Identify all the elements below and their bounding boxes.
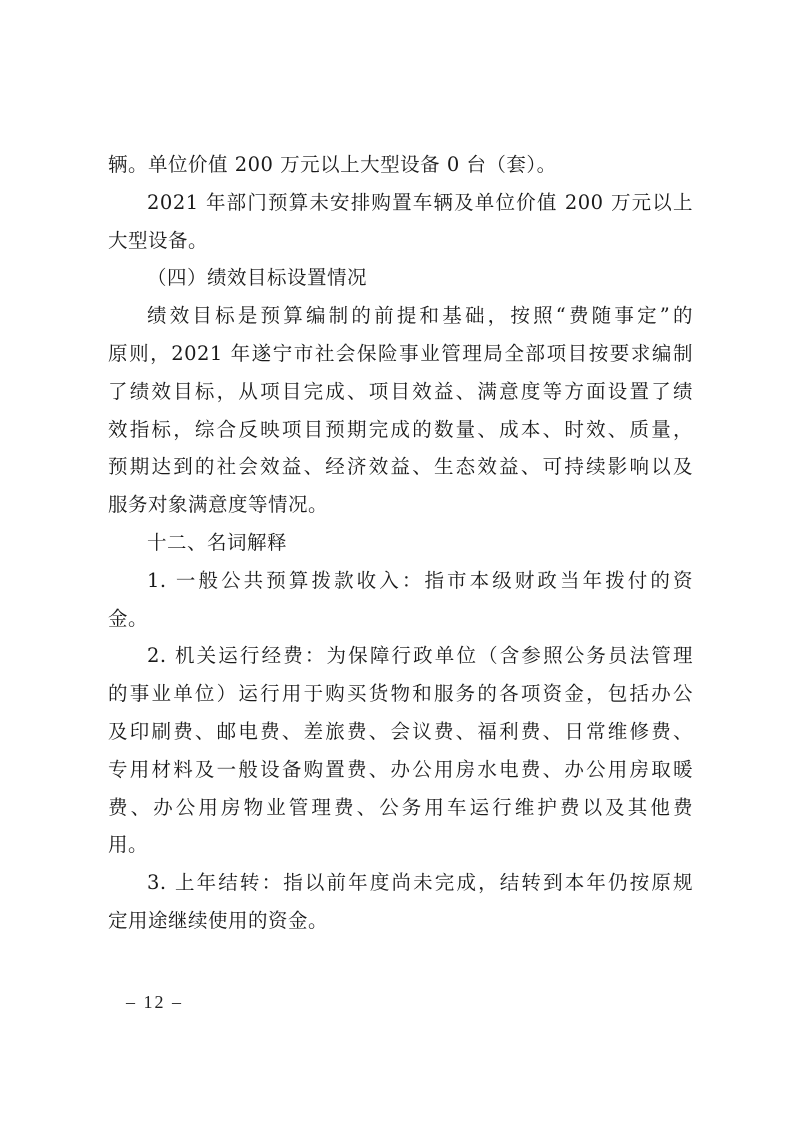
text-line: 用。 <box>108 826 693 864</box>
page-number: – 12 – <box>126 992 183 1013</box>
text-line: 金。 <box>108 600 693 638</box>
text-line: 大型设备。 <box>108 222 693 260</box>
section-heading: 十二、名词解释 <box>108 524 693 562</box>
text-line: 预期达到的社会效益、经济效益、生态效益、可持续影响以及 <box>108 448 693 486</box>
text-line: 1. 一般公共预算拨款收入：指市本级财政当年拨付的资 <box>108 562 693 600</box>
section-heading: （四）绩效目标设置情况 <box>108 259 693 297</box>
text-line: 辆。单位价值 200 万元以上大型设备 0 台（套）。 <box>108 146 693 184</box>
document-body: 辆。单位价值 200 万元以上大型设备 0 台（套）。 2021 年部门预算未安… <box>108 146 693 940</box>
text-line: 及印刷费、邮电费、差旅费、会议费、福利费、日常维修费、 <box>108 713 693 751</box>
text-line: 绩效目标是预算编制的前提和基础，按照“费随事定”的 <box>108 297 693 335</box>
text-line: 3. 上年结转：指以前年度尚未完成，结转到本年仍按原规 <box>108 864 693 902</box>
text-line: 2. 机关运行经费：为保障行政单位（含参照公务员法管理 <box>108 637 693 675</box>
text-line: 了绩效目标，从项目完成、项目效益、满意度等方面设置了绩 <box>108 373 693 411</box>
text-line: 效指标，综合反映项目预期完成的数量、成本、时效、质量， <box>108 411 693 449</box>
text-line: 2021 年部门预算未安排购置车辆及单位价值 200 万元以上 <box>108 184 693 222</box>
text-line: 服务对象满意度等情况。 <box>108 486 693 524</box>
text-line: 费、办公用房物业管理费、公务用车运行维护费以及其他费 <box>108 789 693 827</box>
text-line: 专用材料及一般设备购置费、办公用房水电费、办公用房取暖 <box>108 751 693 789</box>
text-line: 的事业单位）运行用于购买货物和服务的各项资金，包括办公 <box>108 675 693 713</box>
text-line: 原则，2021 年遂宁市社会保险事业管理局全部项目按要求编制 <box>108 335 693 373</box>
text-line: 定用途继续使用的资金。 <box>108 902 693 940</box>
